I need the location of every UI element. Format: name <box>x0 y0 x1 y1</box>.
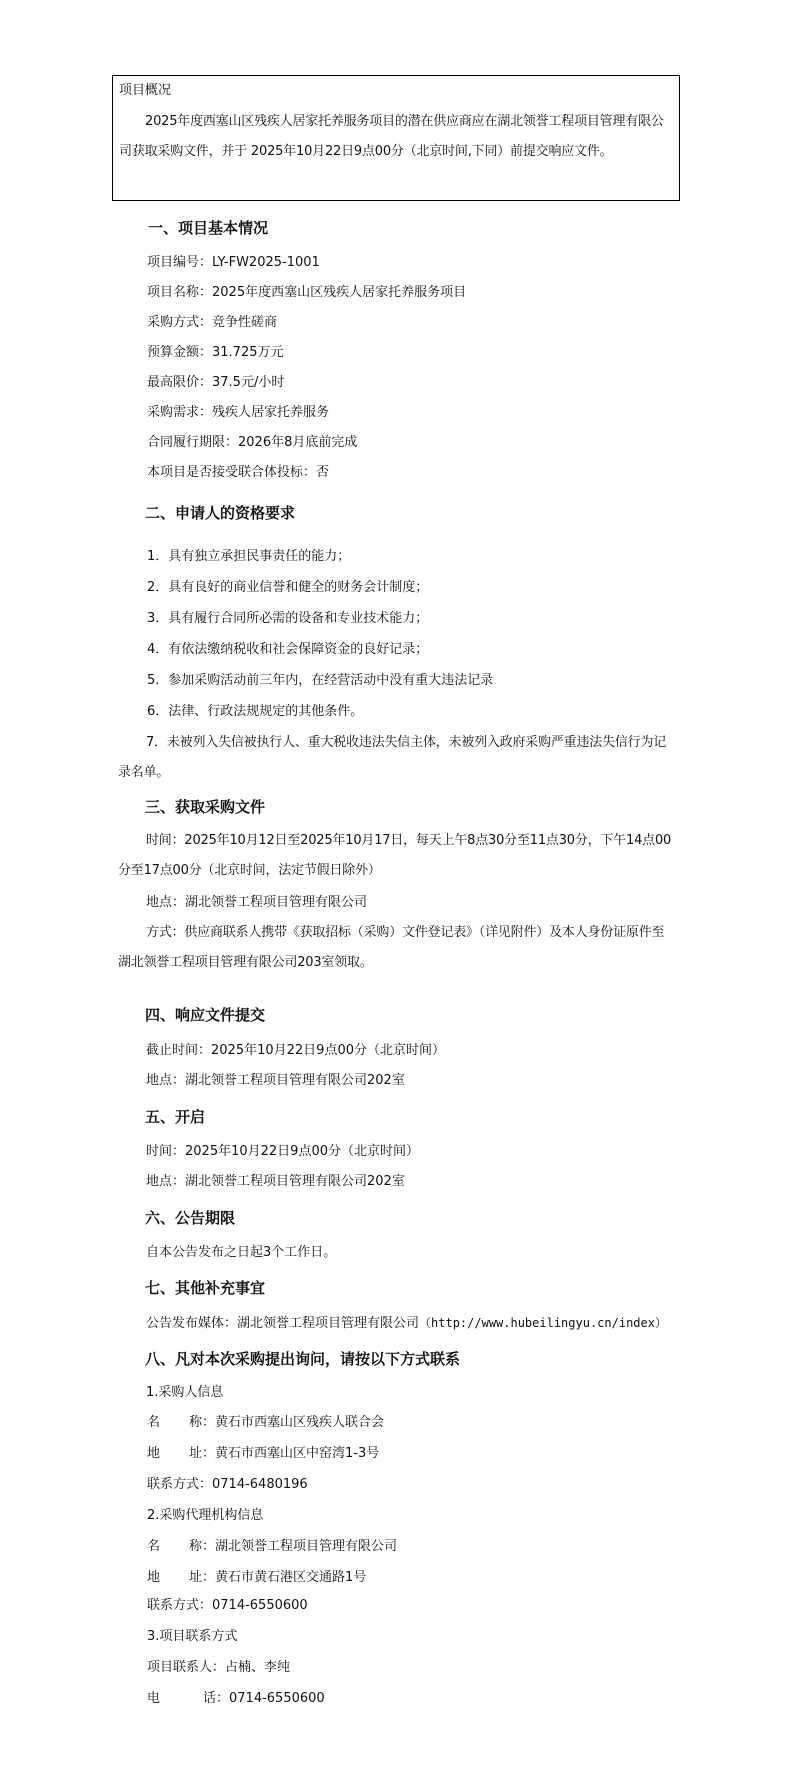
procurement-demand: 采购需求：残疾人居家托养服务 <box>147 404 329 422</box>
purchaser-contact: 联系方式：0714-6480196 <box>147 1476 308 1494</box>
project-contact-title: 3.项目联系方式 <box>147 1628 237 1646</box>
section-7-heading: 七、其他补充事宜 <box>145 1278 265 1298</box>
requirement-item: 3．具有履行合同所必需的设备和专业技术能力； <box>147 610 428 628</box>
publication-media: 公告发布媒体：湖北领誉工程项目管理有限公司（http://www.hubeili… <box>146 1314 667 1333</box>
project-name: 项目名称：2025年度西塞山区残疾人居家托养服务项目 <box>147 284 466 302</box>
acquire-place: 地点：湖北领誉工程项目管理有限公司 <box>146 894 367 912</box>
budget-amount: 预算金额：31.725万元 <box>147 344 284 362</box>
publication-media-url[interactable]: （http://www.hubeilingyu.cn/index） <box>419 1316 667 1330</box>
procurement-method: 采购方式：竞争性磋商 <box>147 314 277 332</box>
agency-contact: 联系方式：0714-6550600 <box>147 1597 308 1615</box>
requirement-item: 5．参加采购活动前三年内，在经营活动中没有重大违法记录 <box>147 672 493 690</box>
section-1-heading: 一、项目基本情况 <box>148 218 268 238</box>
agency-name: 名称：湖北领誉工程项目管理有限公司 <box>147 1538 397 1556</box>
requirement-item: 2．具有良好的商业信誉和健全的财务会计制度； <box>147 579 428 597</box>
max-price: 最高限价：37.5元/小时 <box>147 374 284 392</box>
section-3-heading: 三、获取采购文件 <box>145 797 265 817</box>
purchaser-address: 地址：黄石市西塞山区中窑湾1-3号 <box>147 1445 379 1463</box>
section-5-heading: 五、开启 <box>145 1107 205 1127</box>
project-contact-persons: 项目联系人：占楠、李纯 <box>147 1659 290 1677</box>
purchaser-name: 名称：黄石市西塞山区残疾人联合会 <box>147 1414 384 1432</box>
section-6-heading: 六、公告期限 <box>145 1208 235 1228</box>
opening-time: 时间：2025年10月22日9点00分（北京时间） <box>146 1143 419 1161</box>
project-contact-phone: 电话：0714-6550600 <box>147 1690 325 1708</box>
requirement-item: 7．未被列入失信被执行人、重大税收违法失信主体，未被列入政府采购严重违法失信行为… <box>118 728 674 788</box>
submission-place: 地点：湖北领誉工程项目管理有限公司202室 <box>146 1072 405 1090</box>
overview-title: 项目概况 <box>119 81 673 107</box>
agency-info-title: 2.采购代理机构信息 <box>147 1507 263 1525</box>
agency-address: 地址：黄石市黄石港区交通路1号 <box>147 1569 366 1587</box>
section-2-heading: 二、申请人的资格要求 <box>145 503 295 523</box>
overview-box: 项目概况 2025年度西塞山区残疾人居家托养服务项目的潜在供应商应在湖北领誉工程… <box>112 75 680 201</box>
overview-text: 2025年度西塞山区残疾人居家托养服务项目的潜在供应商应在湖北领誉工程项目管理有… <box>119 107 673 167</box>
opening-place: 地点：湖北领誉工程项目管理有限公司202室 <box>146 1173 405 1191</box>
acquire-method: 方式：供应商联系人携带《获取招标（采购）文件登记表》（详见附件）及本人身份证原件… <box>118 918 674 978</box>
requirement-item: 6．法律、行政法规规定的其他条件。 <box>147 703 363 721</box>
purchaser-info-title: 1.采购人信息 <box>146 1384 223 1402</box>
requirement-item: 4．有依法缴纳税收和社会保障资金的良好记录； <box>147 641 428 659</box>
section-8-heading: 八、凡对本次采购提出询问，请按以下方式联系 <box>145 1349 460 1369</box>
section-4-heading: 四、响应文件提交 <box>145 1005 265 1025</box>
project-number: 项目编号：LY-FW2025-1001 <box>147 254 320 272</box>
acquire-time: 时间：2025年10月12日至2025年10月17日，每天上午8点30分至11点… <box>118 826 674 886</box>
publication-media-label: 公告发布媒体：湖北领誉工程项目管理有限公司 <box>146 1316 419 1331</box>
requirement-item: 1．具有独立承担民事责任的能力； <box>147 548 350 566</box>
submission-deadline: 截止时间：2025年10月22日9点00分（北京时间） <box>146 1042 445 1060</box>
consortium-bid: 本项目是否接受联合体投标：否 <box>147 464 329 482</box>
contract-period: 合同履行期限：2026年8月底前完成 <box>147 434 357 452</box>
announcement-period: 自本公告发布之日起3个工作日。 <box>146 1244 336 1262</box>
